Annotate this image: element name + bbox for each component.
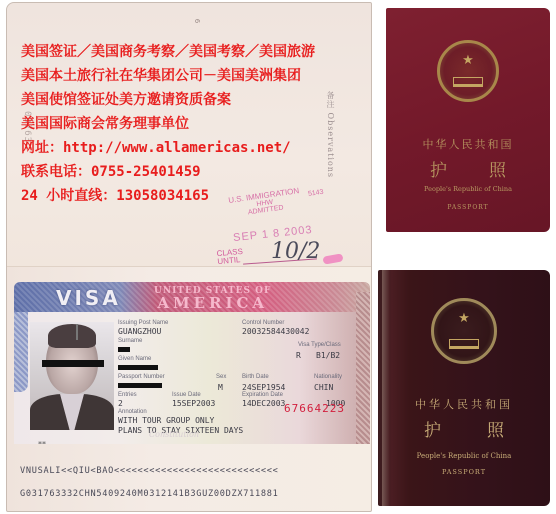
emblem-star-icon: ★ <box>458 311 470 326</box>
control-number-value: 20032584430042 <box>242 327 309 336</box>
issue-date-value: 15SEP2003 <box>172 399 215 408</box>
us-visa-foil: VISA UNITED STATES OF AMERICA ** Issuing… <box>14 282 370 444</box>
annotation-line-1: WITH TOUR GROUP ONLY <box>118 416 214 425</box>
emblem-gate-icon <box>453 77 483 87</box>
visa-class-value: B1/B2 <box>316 351 340 360</box>
visa-foil-number: 67664223 <box>284 402 345 415</box>
passport-number-label: Passport Number <box>118 374 165 380</box>
advertisement-text: 美国签证／美国商务考察／美国考察／美国旅游 美国本土旅行社在华集团公司－美国美洲… <box>21 41 315 209</box>
cover-passport-en: PASSPORT <box>386 204 550 211</box>
observations-label: 备注 Observations <box>325 91 336 178</box>
ad-line-company: 美国本土旅行社在华集团公司－美国美洲集团 <box>21 65 315 89</box>
holder-photo <box>30 322 114 430</box>
photo-mark <box>76 324 78 340</box>
cover-passport-cn: 护照 <box>386 156 550 181</box>
national-emblem-icon: ★ <box>437 40 499 102</box>
issuing-post-label: Issuing Post Name <box>118 320 168 326</box>
cover-country-cn: 中华人民共和国 <box>386 136 550 152</box>
security-strip-right <box>356 292 370 444</box>
visa-type-code: R <box>296 351 301 360</box>
ad-line-phone: 联系电话：0755-25401459 <box>21 161 315 185</box>
observations-page: 6 03763 备注 Observations 美国签证／美国商务考察／美国考察… <box>7 3 371 267</box>
stamp-number: 5143 <box>308 189 324 198</box>
photo-hair <box>48 324 96 348</box>
national-emblem-icon: ★ <box>431 298 497 364</box>
passport-number-redaction <box>118 383 162 388</box>
ad-line-services: 美国签证／美国商务考察／美国考察／美国旅游 <box>21 41 315 65</box>
issuing-post-value: GUANGZHOU <box>118 327 161 336</box>
surname-redaction <box>118 347 130 352</box>
entries-label: Entries <box>118 392 137 398</box>
surname-label: Surname <box>118 338 142 344</box>
emblem-gate-icon <box>449 339 479 349</box>
expiration-date-value: 14DEC2003 <box>242 399 285 408</box>
until-label: UNTIL <box>217 256 244 266</box>
page-number: 6 <box>193 19 201 23</box>
passport-cover-dark: ★ 中华人民共和国 护照 People's Republic of China … <box>378 270 550 506</box>
visa-title: VISA <box>56 286 121 310</box>
nationality-label: Nationality <box>314 374 342 380</box>
class-until-stamp: CLASS UNTIL <box>216 248 244 266</box>
cover-country-en: People's Republic of China <box>386 185 550 193</box>
handwritten-date: 10/2 <box>271 239 320 264</box>
given-name-label: Given Name <box>118 356 151 362</box>
nationality-value: CHIN <box>314 383 333 392</box>
eyes-redaction-bar <box>42 360 104 367</box>
ad-line-chamber: 美国国际商会常务理事单位 <box>21 113 315 137</box>
ad-line-website[interactable]: 网址：http://www.allamericas.net/ <box>21 137 315 161</box>
birth-date-label: Birth Date <box>242 374 269 380</box>
expiration-date-label: Expiration Date <box>242 392 283 398</box>
visa-type-label: Visa Type/Class <box>298 342 341 348</box>
cover-country-en: People's Republic of China <box>378 452 550 460</box>
issue-date-label: Issue Date <box>172 392 201 398</box>
cover-passport-en: PASSPORT <box>378 468 550 476</box>
emblem-star-icon: ★ <box>462 53 474 68</box>
entries-value: 2 <box>118 399 123 408</box>
control-number-label: Control Number <box>242 320 284 326</box>
country-line-2: AMERICA <box>154 297 271 309</box>
given-name-redaction <box>118 365 158 370</box>
passport-cover-red: ★ 中华人民共和国 护照 People's Republic of China … <box>386 8 550 232</box>
visa-stars: ** <box>38 440 46 444</box>
visa-watermark: Constitution <box>149 430 199 439</box>
birth-date-value: 24SEP1954 <box>242 383 285 392</box>
mrz-line-2: G031763332CHN5409240M0312141B3GUZ00DZX71… <box>20 489 360 499</box>
sex-value: M <box>218 383 223 392</box>
ad-line-embassy: 美国使馆签证处美方邀请资质备案 <box>21 89 315 113</box>
ink-smear <box>322 253 343 264</box>
security-strip-left <box>14 312 28 392</box>
visa-country-title: UNITED STATES OF AMERICA <box>154 285 271 309</box>
mrz-line-1: VNUSALI<<QIU<BAO<<<<<<<<<<<<<<<<<<<<<<<<… <box>20 466 360 476</box>
cover-country-cn: 中华人民共和国 <box>378 396 550 412</box>
annotation-label: Annotation <box>118 409 147 415</box>
sex-label: Sex <box>216 374 226 380</box>
cover-passport-cn: 护照 <box>378 416 550 441</box>
